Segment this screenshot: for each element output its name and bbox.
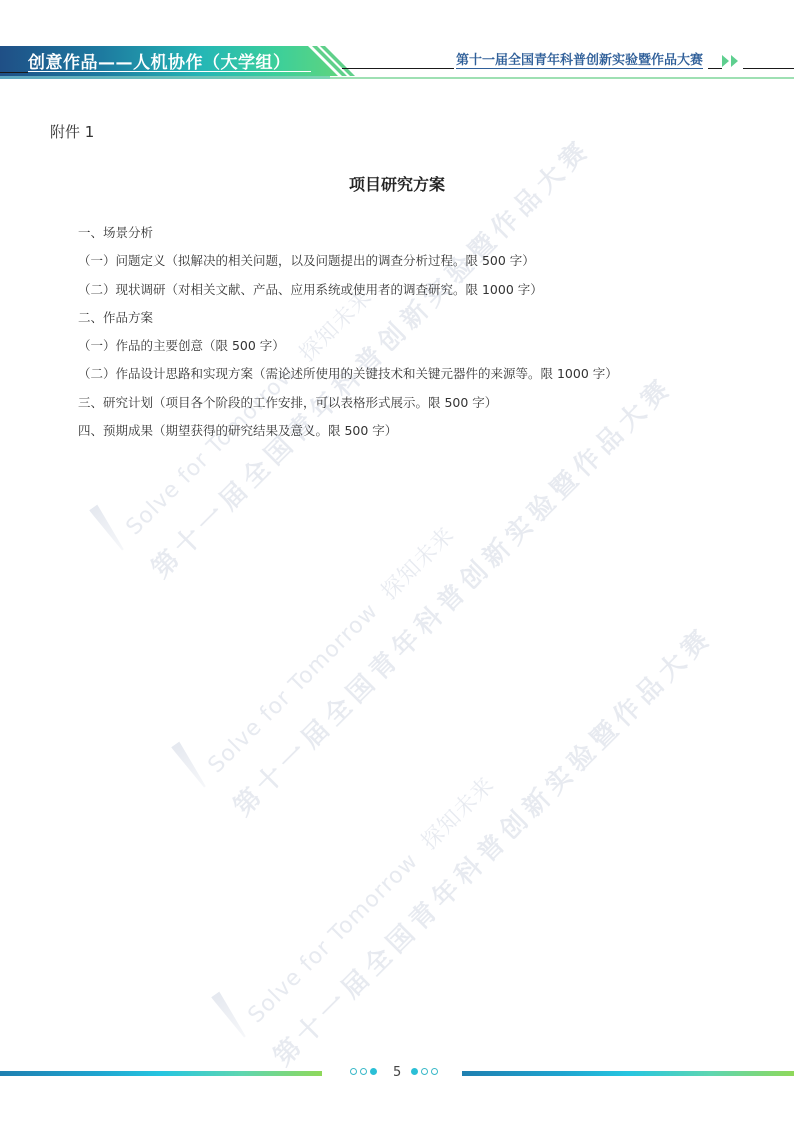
dot-icon [350, 1068, 357, 1075]
watermark-logo-icon [171, 742, 209, 790]
dot-icon [360, 1068, 367, 1075]
header-competition-title: 第十一届全国青年科普创新实验暨作品大赛 [456, 53, 703, 69]
watermark-logo-icon [211, 992, 249, 1040]
attachment-label: 附件 1 [50, 121, 94, 142]
footer-dots-left [350, 1068, 377, 1075]
dot-filled-icon [370, 1068, 377, 1075]
header-category-title: 创意作品——人机协作（大学组） [28, 48, 291, 73]
double-play-arrow-icon [722, 55, 738, 67]
dot-filled-icon [411, 1068, 418, 1075]
outline-list: 一、场景分析 （一）问题定义（拟解决的相关问题，以及问题提出的调查分析过程。限 … [78, 226, 618, 452]
outline-item: 四、预期成果（期望获得的研究结果及意义。限 500 字） [78, 424, 618, 438]
footer-dots-right [411, 1068, 438, 1075]
header-right-line [743, 68, 794, 69]
header-title-underline [28, 71, 311, 72]
outline-item: 一、场景分析 [78, 226, 618, 240]
play-arrow-icon [731, 55, 738, 67]
header-bottom-rule-gradient [0, 76, 330, 79]
header-right-line [708, 68, 722, 69]
document-title: 项目研究方案 [0, 172, 794, 195]
footer-bar-right [462, 1071, 794, 1076]
watermark-chinese: 第十一届全国青年科普创新实验暨作品大赛 [264, 617, 720, 1073]
header-mid-line [342, 68, 454, 69]
dot-icon [431, 1068, 438, 1075]
outline-item: 二、作品方案 [78, 311, 618, 325]
watermark-english: Solve for Tomorrow 探知未来 [240, 769, 500, 1029]
outline-item: 三、研究计划（项目各个阶段的工作安排，可以表格形式展示。限 500 字） [78, 396, 618, 410]
footer-bar-left [0, 1071, 322, 1076]
outline-item: （二）作品设计思路和实现方案（需论述所使用的关键技术和关键元器件的来源等。限 1… [78, 367, 618, 381]
outline-item: （二）现状调研（对相关文献、产品、应用系统或使用者的调查研究。限 1000 字） [78, 283, 618, 297]
page-number: 5 [393, 1065, 401, 1080]
outline-item: （一）作品的主要创意（限 500 字） [78, 339, 618, 353]
dot-icon [421, 1068, 428, 1075]
header-left-line [0, 72, 28, 73]
watermark-english: Solve for Tomorrow 探知未来 [200, 519, 460, 779]
outline-item: （一）问题定义（拟解决的相关问题，以及问题提出的调查分析过程。限 500 字） [78, 254, 618, 268]
watermark-logo-icon [89, 505, 127, 553]
play-arrow-icon [722, 55, 729, 67]
